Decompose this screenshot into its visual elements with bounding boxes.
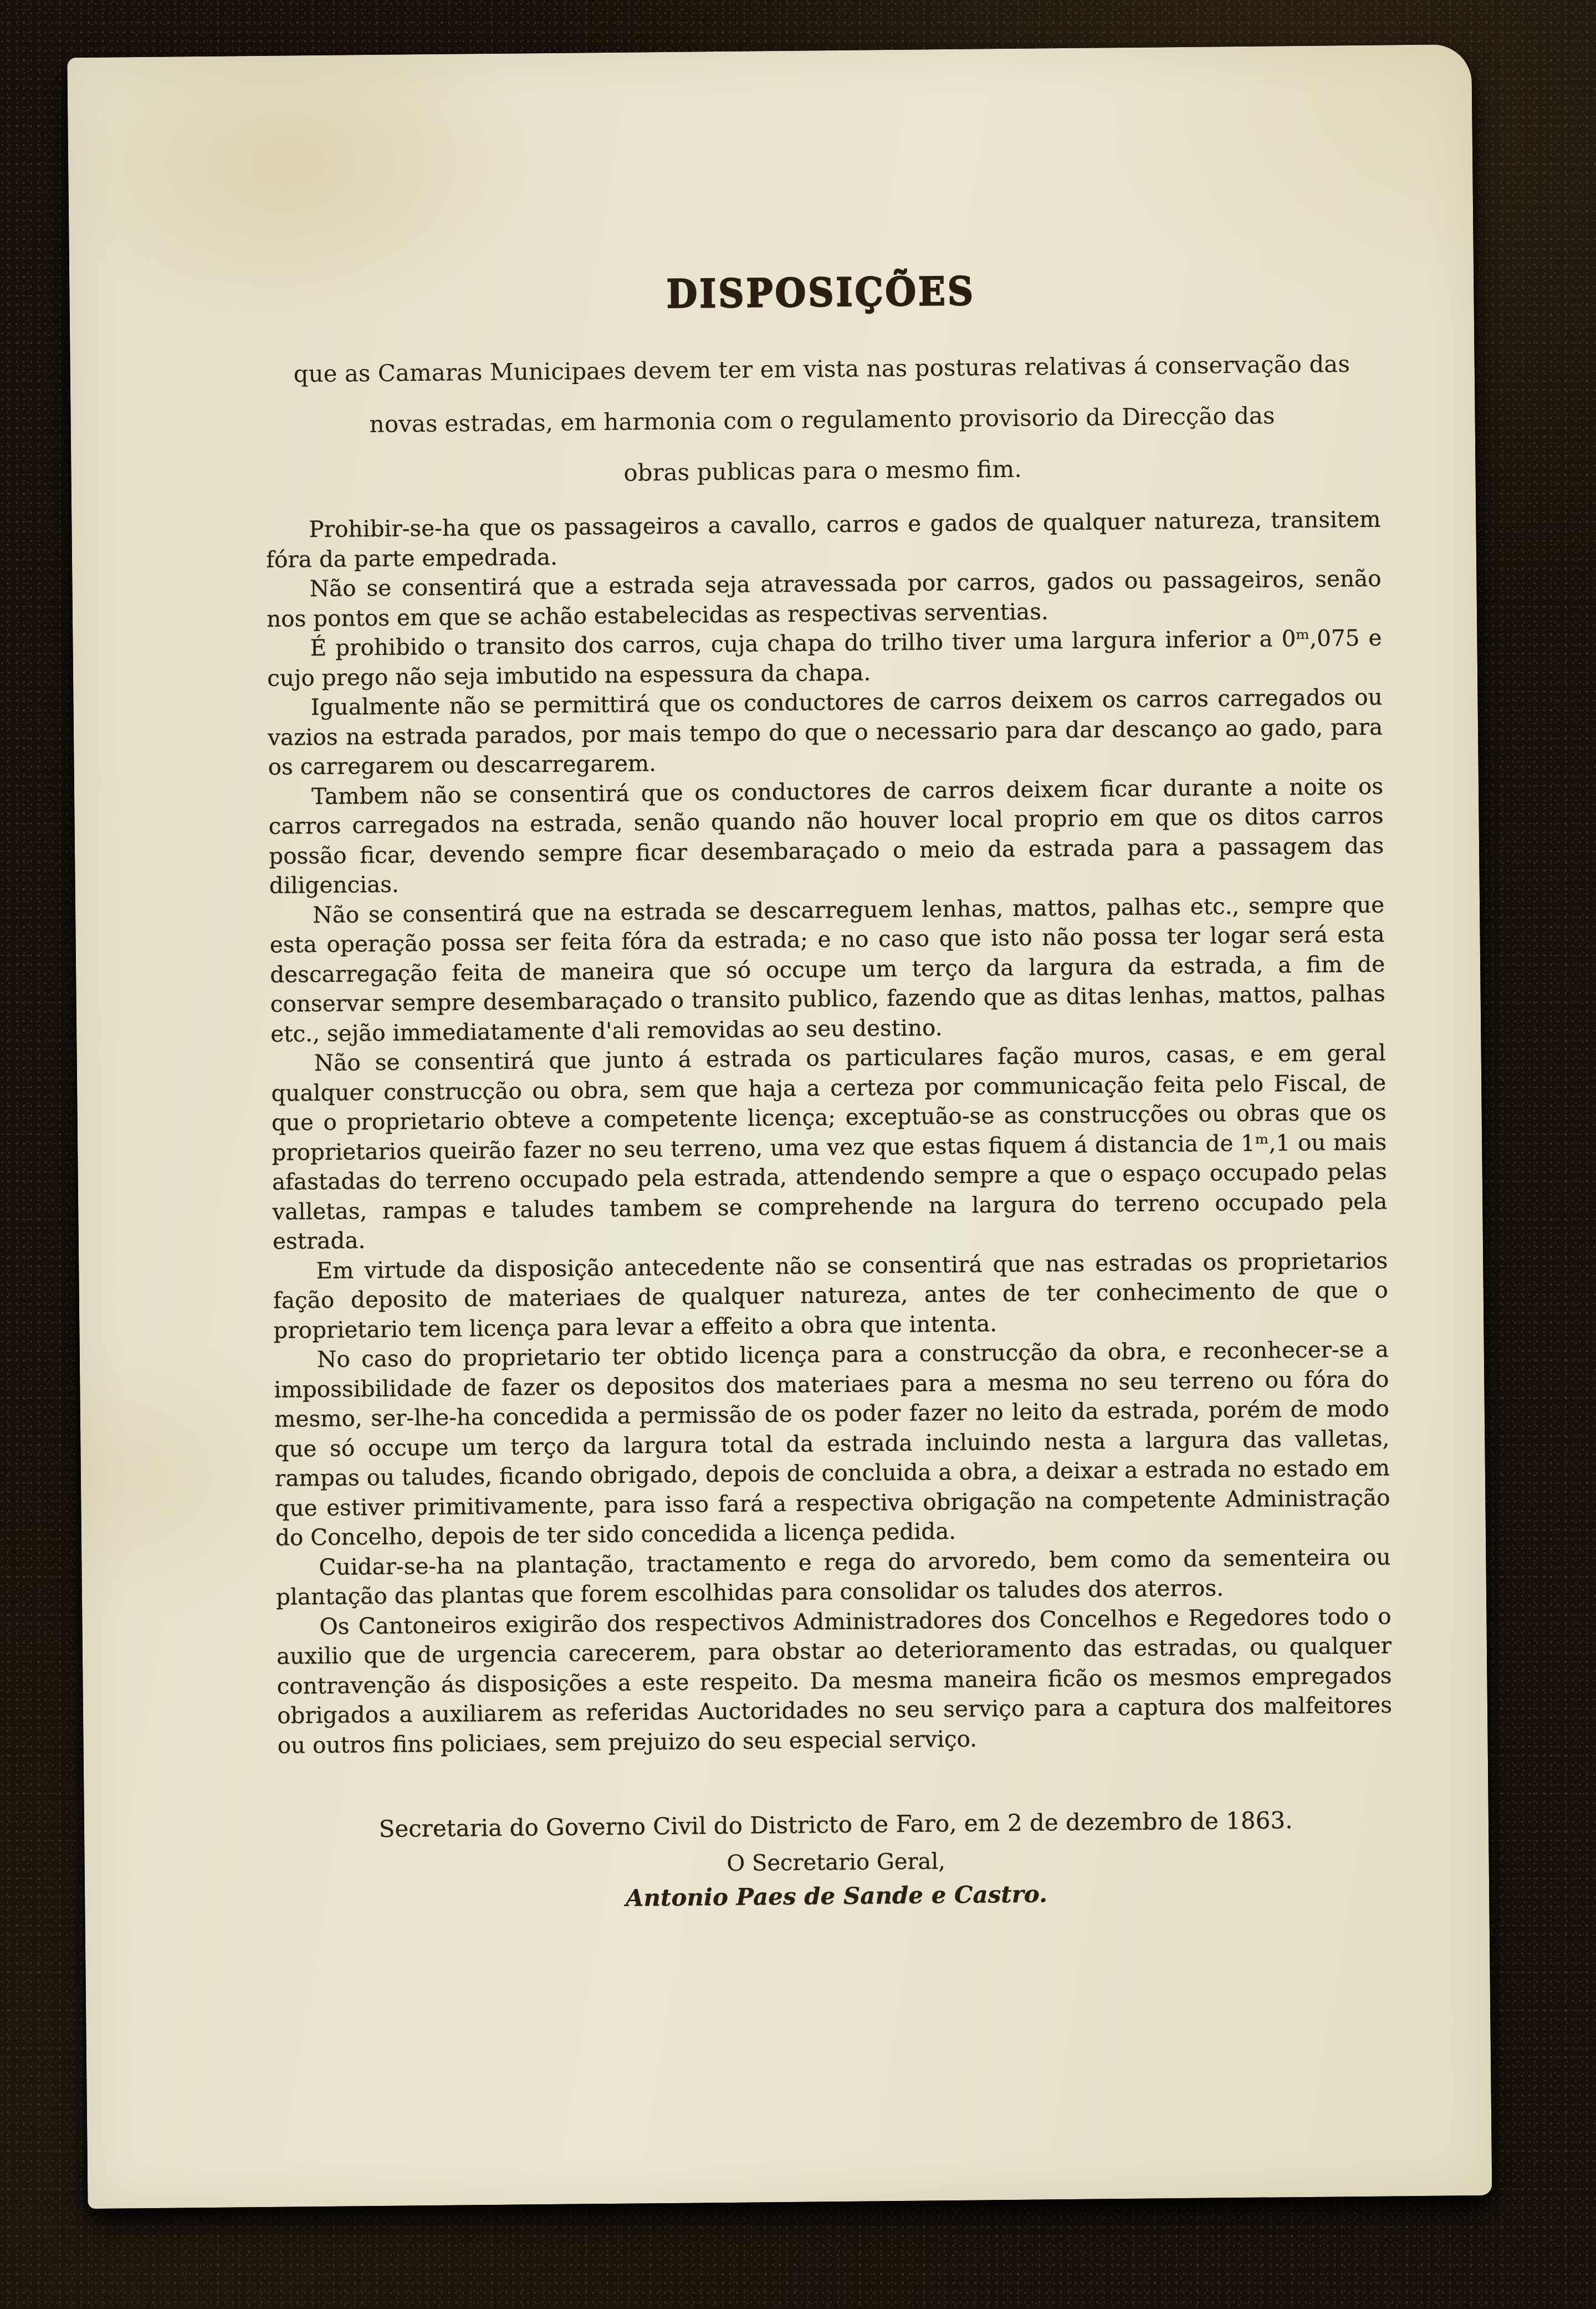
document-body: Prohibir-se-ha que os passageiros a cava…	[265, 505, 1392, 1760]
scan-background-mat: DISPOSIÇÕES que as Camaras Municipaes de…	[0, 0, 1596, 2309]
closing-dateline: Secretaria do Governo Civil do Districto…	[278, 1805, 1393, 1844]
paragraph-9: No caso do proprietario ter obtido licen…	[274, 1334, 1391, 1553]
paragraph-10: Cuidar-se-ha na plantação, tractamento e…	[275, 1542, 1391, 1612]
closing-block: Secretaria do Governo Civil do Districto…	[278, 1805, 1394, 1915]
paragraph-1: Prohibir-se-ha que os passageiros a cava…	[265, 505, 1381, 575]
paragraph-7: Não se consentirá que junto á estrada os…	[270, 1038, 1388, 1256]
paragraph-8: Em virtude da disposição antecedente não…	[273, 1246, 1388, 1345]
signature-name: Antonio Paes de Sande e Castro.	[279, 1877, 1394, 1915]
closing-role-line: O Secretario Geral,	[278, 1844, 1393, 1881]
paragraph-11: Os Cantoneiros exigirão dos respectivos …	[276, 1601, 1392, 1760]
document-title: DISPOSIÇÕES	[263, 265, 1379, 321]
subtitle-line-3: obras publicas para o mesmo fim.	[265, 441, 1380, 502]
document-subtitle: que as Camaras Municipaes devem ter em v…	[264, 339, 1380, 502]
paragraph-3: É prohibido o transito dos carros, cuja …	[267, 623, 1382, 693]
text-column: DISPOSIÇÕES que as Camaras Municipaes de…	[263, 267, 1394, 1916]
paragraph-6: Não se consentirá que na estrada se desc…	[269, 890, 1385, 1049]
document-page: DISPOSIÇÕES que as Camaras Municipaes de…	[67, 44, 1492, 2209]
paragraph-2: Não se consentirá que a estrada seja atr…	[266, 564, 1382, 634]
subtitle-line-2: novas estradas, em harmonia com o regula…	[264, 390, 1380, 451]
paragraph-5: Tambem não se consentirá que os conducto…	[268, 771, 1384, 900]
paragraph-4: Igualmente não se permittirá que os cond…	[267, 683, 1383, 782]
